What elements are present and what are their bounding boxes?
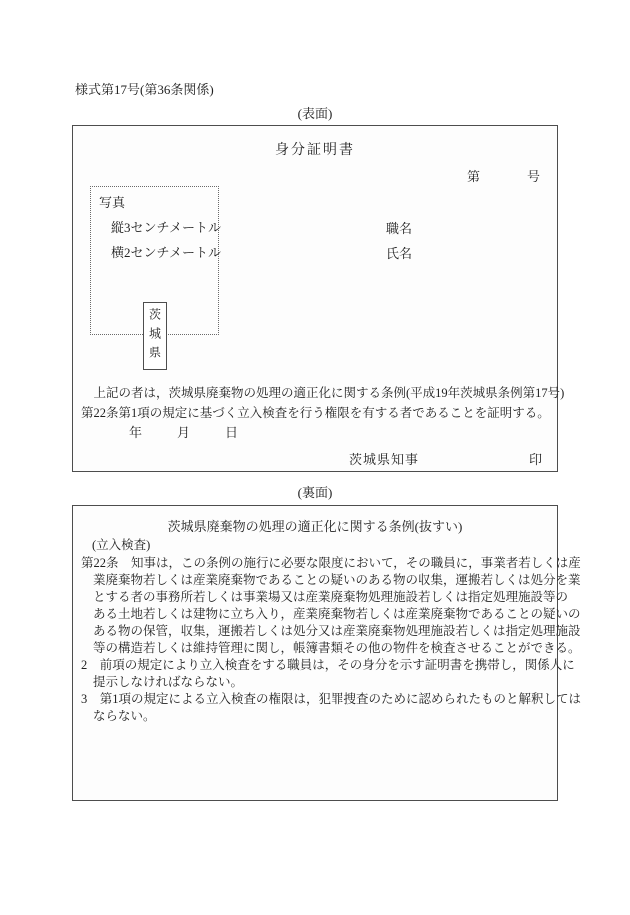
ordinance-text-line: 3 第1項の規定による立入検査の権限は，犯罪捜査のために認められたものと解釈して… (81, 691, 553, 708)
certification-text-line: 第22条第1項の規定に基づく立入検査を行う権限を有する者であることを証明する。 (81, 403, 553, 423)
number-suffix-label: 号 (527, 166, 540, 185)
ordinance-text-line: 第22条 知事は，この条例の施行に必要な限度において，その職員に，事業者若しくは… (81, 555, 553, 572)
ordinance-text-line: 業廃棄物若しくは産業廃棄物であることの疑いのある物の収集，運搬若しくは処分を業 (81, 572, 553, 589)
prefecture-name-vertical: 茨城県 (147, 308, 164, 365)
ordinance-text-line: とする者の事務所若しくは事業場又は産業廃棄物処理施設若しくは指定処理施設等の (81, 589, 553, 606)
front-side-label: (表面) (0, 103, 630, 122)
form-number-label: 様式第17号(第36条関係) (75, 82, 214, 97)
certificate-title: 身分証明書 (73, 139, 557, 159)
ordinance-title: 茨城県廃棄物の処理の適正化に関する条例(抜すい) (73, 516, 557, 535)
front-certificate-box: 身分証明書 第 号 写真 縦3センチメートル 横2センチメートル 茨城県 職名 … (72, 125, 558, 472)
photo-label: 写真 (99, 195, 125, 210)
name-label: 氏名 (386, 246, 412, 261)
month-label: 月 (177, 422, 190, 441)
photo-width-note: 横2センチメートル (111, 245, 221, 260)
ordinance-body-text: 第22条 知事は，この条例の施行に必要な限度において，その職員に，事業者若しくは… (81, 555, 553, 725)
number-prefix-label: 第 (467, 166, 480, 185)
ordinance-text-line: ある土地若しくは建物に立ち入り，産業廃棄物若しくは産業廃棄物であることの疑いの (81, 606, 553, 623)
ordinance-text-line: ならない。 (81, 708, 553, 725)
certification-text-line: 上記の者は，茨城県廃棄物の処理の適正化に関する条例(平成19年茨城県条例第17号… (81, 383, 553, 403)
back-side-label: (裏面) (0, 482, 630, 501)
date-line: 年 月 日 (129, 422, 238, 441)
day-label: 日 (225, 422, 238, 441)
issuer-label: 茨城県知事 (349, 452, 419, 467)
certificate-number-line: 第 号 (467, 166, 540, 185)
certification-text: 上記の者は，茨城県廃棄物の処理の適正化に関する条例(平成19年茨城県条例第17号… (81, 383, 553, 423)
ordinance-text-line: 提示しなければならない。 (81, 674, 553, 691)
ordinance-text-line: ある物の保管，収集，運搬若しくは処分又は産業廃棄物処理施設若しくは指定処理施設 (81, 623, 553, 640)
prefecture-stamp-box: 茨城県 (143, 302, 167, 370)
ordinance-text-line: 等の構造若しくは維持管理に関し，帳簿書類その他の物件を検査させることができる。 (81, 640, 553, 657)
inspection-section-heading: (立入検査) (92, 537, 150, 554)
job-title-label: 職名 (386, 221, 412, 236)
ordinance-text-line: 2 前項の規定により立入検査をする職員は，その身分を示す証明書を携帯し，関係人に (81, 657, 553, 674)
year-label: 年 (129, 422, 142, 441)
document-page: 様式第17号(第36条関係) (表面) 身分証明書 第 号 写真 縦3センチメー… (0, 0, 630, 915)
photo-height-note: 縦3センチメートル (111, 220, 221, 235)
seal-label: 印 (529, 452, 542, 467)
back-ordinance-box: 茨城県廃棄物の処理の適正化に関する条例(抜すい) (立入検査) 第22条 知事は… (72, 505, 558, 801)
